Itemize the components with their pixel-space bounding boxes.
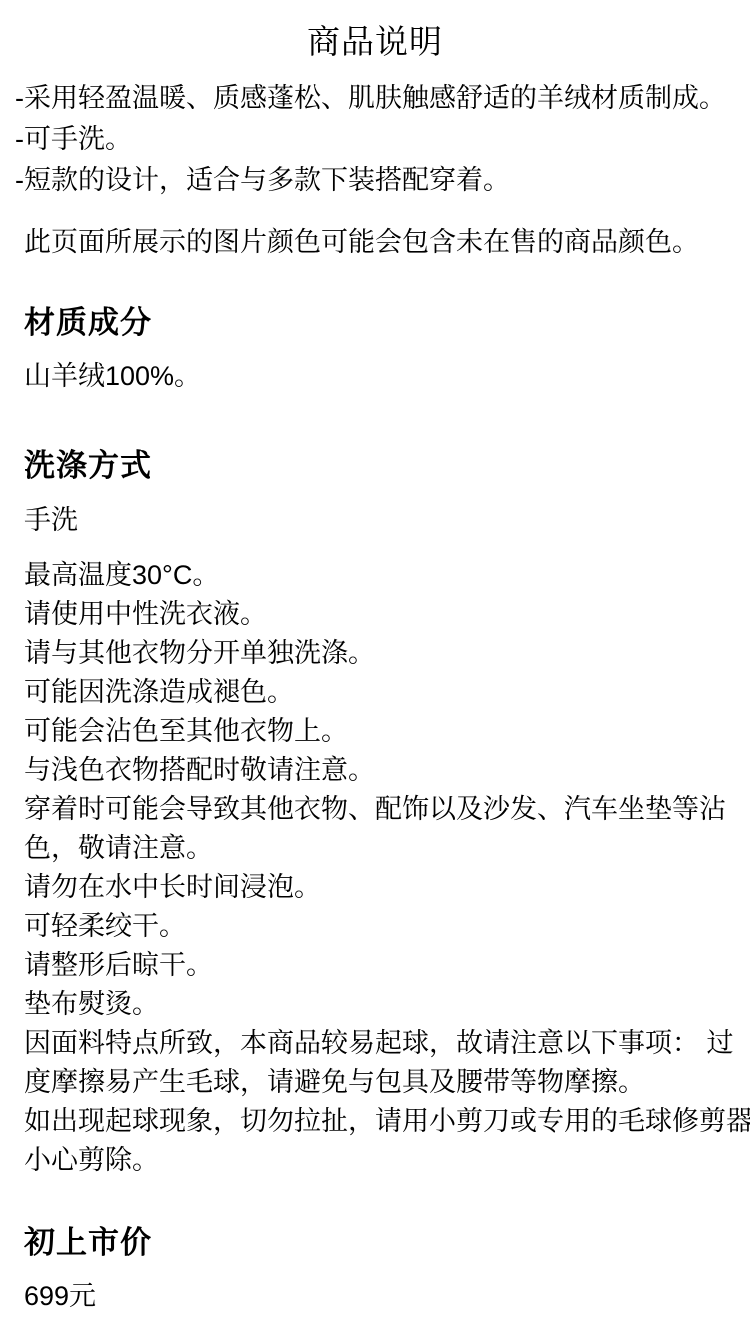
care-instruction-line: 与浅色衣物搭配时敬请注意。	[24, 751, 726, 790]
bullet-text: 采用轻盈温暖、质感蓬松、肌肤触感舒适的羊绒材质制成。	[24, 83, 726, 113]
care-instruction-line: 请整形后晾干。	[24, 946, 726, 985]
care-instruction-line: 度摩擦易产生毛球，请避免与包具及腰带等物摩擦。	[24, 1063, 726, 1102]
section-heading-material: 材质成分	[24, 307, 726, 338]
bullet-text: 短款的设计，适合与多款下装搭配穿着。	[24, 165, 510, 195]
care-instruction-line: 请勿在水中长时间浸泡。	[24, 868, 726, 907]
care-instruction-line: 因面料特点所致，本商品较易起球，故请注意以下事项： 过	[24, 1024, 726, 1063]
product-description-page: 商品说明 -采用轻盈温暖、质感蓬松、肌肤触感舒适的羊绒材质制成。 -可手洗。 -…	[0, 0, 750, 1339]
color-disclaimer-note: 此页面所展示的图片颜色可能会包含未在售的商品颜色。	[24, 223, 726, 262]
washing-method: 手洗	[24, 501, 726, 540]
care-instruction-line: 小心剪除。	[24, 1141, 726, 1180]
care-instruction-line: 最高温度30°C。	[24, 556, 726, 595]
care-instructions: 最高温度30°C。 请使用中性洗衣液。 请与其他衣物分开单独洗涤。 可能因洗涤造…	[24, 556, 726, 1180]
care-instruction-line: 可能会沾色至其他衣物上。	[24, 712, 726, 751]
care-instruction-line: 如出现起球现象，切勿拉扯，请用小剪刀或专用的毛球修剪器	[24, 1102, 726, 1141]
bullet-text: 可手洗。	[24, 124, 132, 154]
bullet-dash: -	[15, 124, 24, 154]
care-instruction-line: 请使用中性洗衣液。	[24, 595, 726, 634]
section-heading-washing: 洗涤方式	[24, 450, 726, 481]
care-instruction-line: 垫布熨烫。	[24, 985, 726, 1024]
care-instruction-line: 色，敬请注意。	[24, 829, 726, 868]
material-composition: 山羊绒100%。	[24, 357, 726, 396]
page-title: 商品说明	[24, 22, 726, 62]
feature-bullet-list: -采用轻盈温暖、质感蓬松、肌肤触感舒适的羊绒材质制成。 -可手洗。 -短款的设计…	[24, 78, 726, 201]
feature-bullet: -短款的设计，适合与多款下装搭配穿着。	[24, 160, 726, 201]
bullet-dash: -	[15, 83, 24, 113]
feature-bullet: -采用轻盈温暖、质感蓬松、肌肤触感舒适的羊绒材质制成。	[24, 78, 726, 119]
section-heading-price: 初上市价	[24, 1227, 726, 1258]
launch-price: 699元	[24, 1277, 726, 1316]
care-instruction-line: 穿着时可能会导致其他衣物、配饰以及沙发、汽车坐垫等沾	[24, 790, 726, 829]
care-instruction-line: 请与其他衣物分开单独洗涤。	[24, 634, 726, 673]
care-instruction-line: 可轻柔绞干。	[24, 907, 726, 946]
care-instruction-line: 可能因洗涤造成褪色。	[24, 673, 726, 712]
feature-bullet: -可手洗。	[24, 119, 726, 160]
bullet-dash: -	[15, 165, 24, 195]
